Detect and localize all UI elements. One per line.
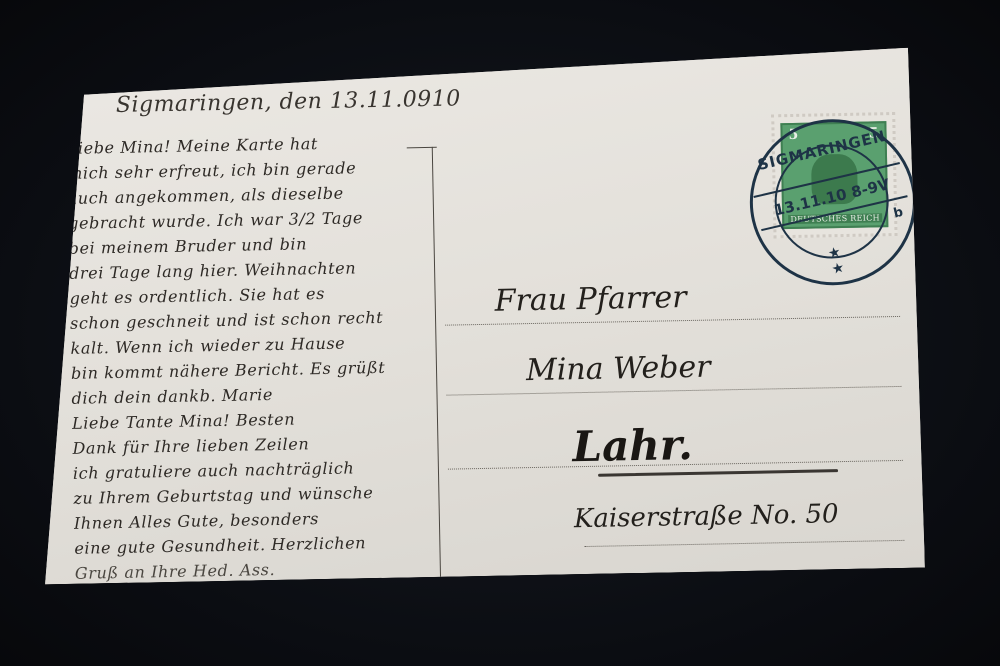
city-underline bbox=[598, 469, 838, 477]
address-line-street: Kaiserstraße No. 50 bbox=[574, 499, 839, 534]
address-line-city: Lahr. bbox=[572, 420, 693, 471]
address-line-title: Frau Pfarrer bbox=[494, 280, 686, 319]
date-line: Sigmaringen, den 13.11.0910 bbox=[116, 86, 461, 118]
address-rule bbox=[584, 540, 904, 547]
address-rule bbox=[447, 386, 902, 396]
address-line-name: Mina Weber bbox=[526, 350, 711, 389]
message-body: Liebe Mina! Meine Karte hat mich sehr er… bbox=[66, 129, 445, 586]
postmark-cancel: SIGMARINGEN 13.11.10 8-9V b ★ ★ bbox=[733, 103, 932, 302]
postcard: Sigmaringen, den 13.11.0910 Liebe Mina! … bbox=[35, 48, 925, 585]
postmark-letter: b bbox=[892, 205, 904, 222]
